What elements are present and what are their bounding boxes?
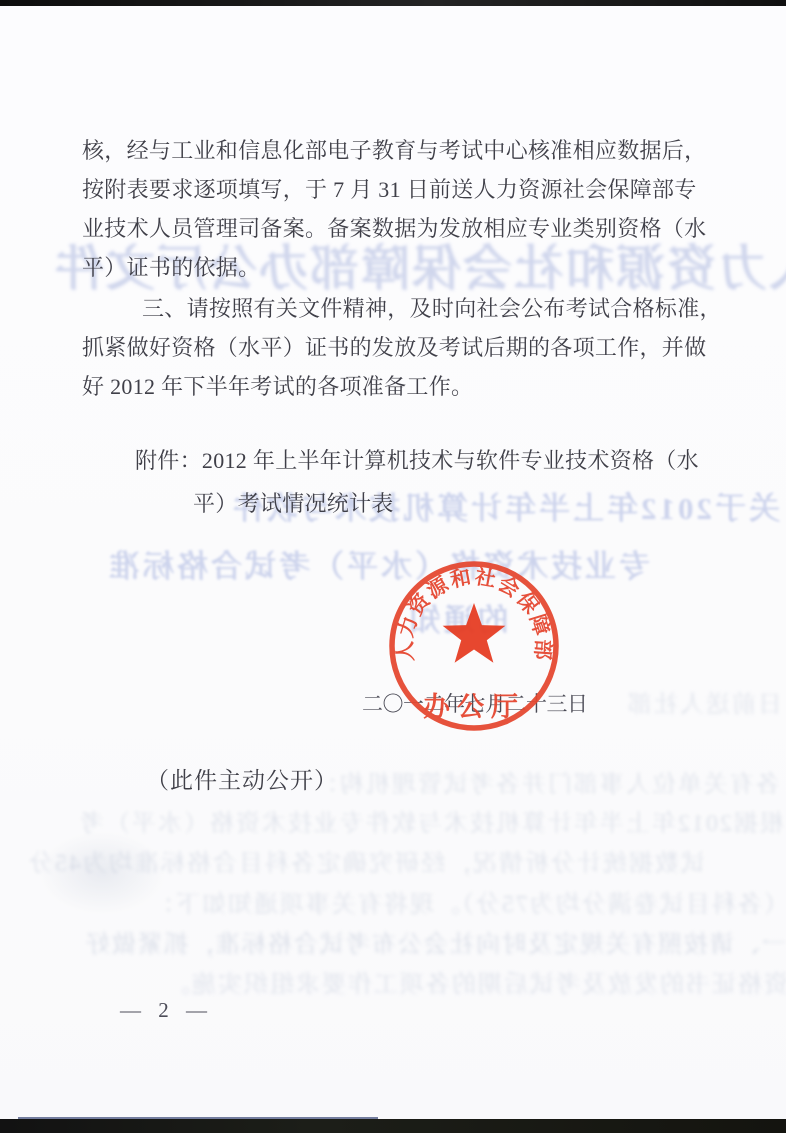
- bleedthrough-faint-line-4: （各科目试卷满分均为75分）。现将有关事项通知如下：: [88, 884, 786, 919]
- attachment-line-2: 平）考试情况统计表: [193, 487, 394, 518]
- scan-bottom-edge: [0, 1119, 786, 1133]
- bleedthrough-faint-line-3: 试数据统计分析情况，经研究确定各科目合格标准均为45分: [130, 843, 705, 878]
- body-line-6: 抓紧做好资格（水平）证书的发放及考试后期的各项工作，并做: [82, 331, 706, 362]
- seal-bottom-text: 办公厅: [423, 692, 525, 722]
- bleedthrough-faint-line-0: 日前送人社部: [592, 684, 782, 719]
- body-line-2: 按附表要求逐项填写，于 7 月 31 日前送人力资源社会保障部专: [82, 173, 697, 204]
- body-line-7: 好 2012 年下半年考试的各项准备工作。: [82, 370, 473, 401]
- official-seal: 人力资源和社会保障部 办公厅: [386, 558, 562, 734]
- scan-top-edge: [0, 0, 786, 6]
- body-line-4: 平）证书的依据。: [82, 251, 260, 282]
- bleedthrough-faint-line-2: 根据2012年上半年计算机技术与软件专业技术资格（水平）考: [62, 803, 784, 838]
- scan-bottom-hairline: [18, 1117, 378, 1119]
- public-disclosure-note: （此件主动公开）: [146, 762, 338, 795]
- seal-star-icon: [443, 603, 506, 663]
- scanned-document-page: 人力资源和社会保障部办公厅文件 关于2012年上半年计算机技术与软件 专业技术资…: [0, 0, 786, 1133]
- bleedthrough-faint-line-1: 各有关单位人事部门并各考试管理机构：: [300, 764, 780, 799]
- body-line-1: 核，经与工业和信息化部电子教育与考试中心核准相应数据后，: [82, 134, 706, 165]
- bleedthrough-faint-line-5: 一、请按照有关规定及时向社会公布考试合格标准，抓紧做好: [62, 924, 786, 959]
- bleedthrough-faint-line-6: 资格证书的发放及考试后期的各项工作要求组织实施。: [88, 964, 786, 999]
- body-line-5: 三、请按照有关文件精神，及时向社会公布考试合格标准，: [142, 292, 722, 323]
- attachment-line-1: 附件：2012 年上半年计算机技术与软件专业技术资格（水: [135, 444, 699, 475]
- page-number: — 2 —: [120, 998, 213, 1023]
- body-line-3: 业技术人员管理司备案。备案数据为发放相应专业类别资格（水: [82, 212, 706, 243]
